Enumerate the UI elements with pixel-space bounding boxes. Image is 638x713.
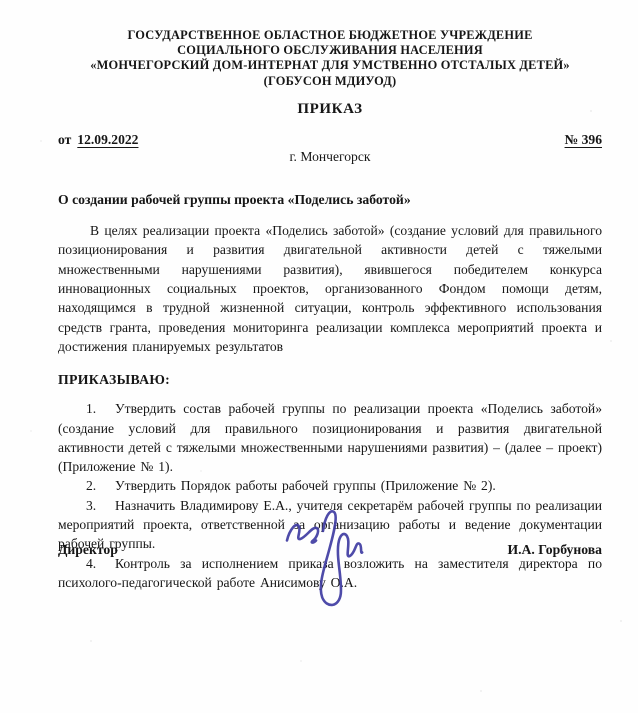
scan-noise-artifact [0,0,2,2]
order-date: от12.09.2022 [58,131,138,148]
city-line: г. Мончегорск [58,148,602,165]
date-number-row: от12.09.2022 № 396 [58,131,602,148]
org-name-line-3: «МОНЧЕГОРСКИЙ ДОМ-ИНТЕРНАТ ДЛЯ УМСТВЕННО… [58,58,602,73]
orders-heading: ПРИКАЗЫВАЮ: [58,370,602,389]
item-number: 2. [86,476,98,495]
date-prefix-label: от [58,132,71,147]
director-label: Директор [58,542,118,558]
organization-letterhead: ГОСУДАРСТВЕННОЕ ОБЛАСТНОЕ БЮДЖЕТНОЕ УЧРЕ… [58,28,602,89]
preamble-paragraph: В целях реализации проекта «Поделись заб… [58,221,602,357]
subject-line: О создании рабочей группы проекта «Подел… [58,191,602,209]
org-name-line-1: ГОСУДАРСТВЕННОЕ ОБЛАСТНОЕ БЮДЖЕТНОЕ УЧРЕ… [58,28,602,43]
item-number: 3. [86,496,98,515]
order-item-2: 2.Утвердить Порядок работы рабочей групп… [58,476,602,495]
org-abbreviation-line: (ГОБУСОН МДИУОД) [58,74,602,89]
signature-ink-icon [280,505,366,616]
scanned-order-document: ГОСУДАРСТВЕННОЕ ОБЛАСТНОЕ БЮДЖЕТНОЕ УЧРЕ… [0,0,638,713]
handwritten-signature [280,505,366,616]
order-number: № 396 [565,131,602,148]
item-text: Утвердить состав рабочей группы по реали… [58,401,602,474]
order-item-1: 1.Утвердить состав рабочей группы по реа… [58,399,602,476]
signee-name: И.А. Горбунова [507,542,602,558]
date-value: 12.09.2022 [77,132,138,147]
item-number: 1. [86,399,98,418]
document-title: ПРИКАЗ [58,100,602,118]
org-name-line-2: СОЦИАЛЬНОГО ОБСЛУЖИВАНИЯ НАСЕЛЕНИЯ [58,43,602,58]
item-text: Утвердить Порядок работы рабочей группы … [115,478,496,493]
